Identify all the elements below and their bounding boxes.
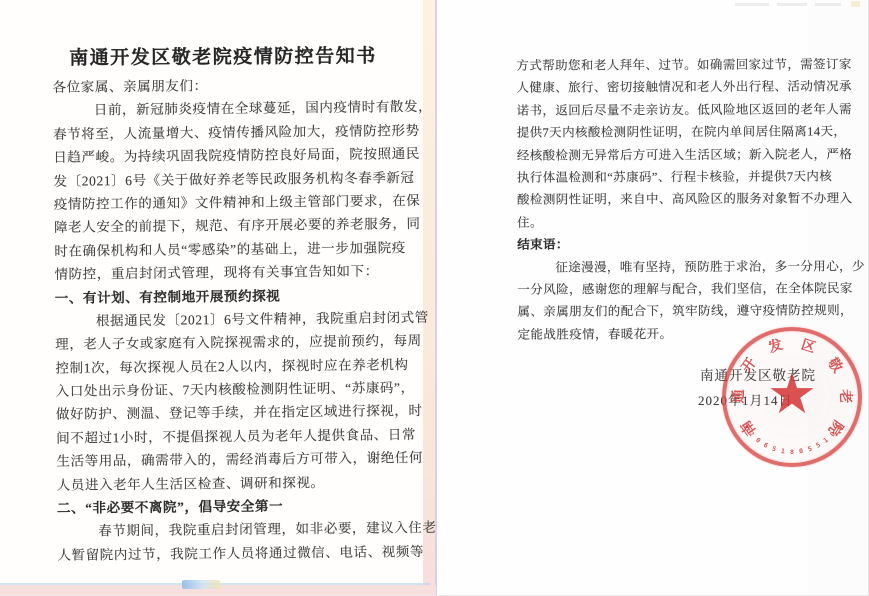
text-line: 障老人安全的前提下，规范、有序开展必要的养老服务，同 [54, 213, 400, 240]
text-line: 诺书，返回后尽量不走亲访友。低风险地区返回的老年人需 [517, 98, 857, 122]
text-line: 人健康、旅行、密切接触情况和老人外出行程、活动情况承 [516, 76, 856, 100]
text-line: 执行体温检测和“苏康码”、行程卡核验，并提供7天内核 [517, 165, 857, 189]
text-line: 征途漫漫，唯有坚持，预防胜于求治，多一分用心，少 [517, 255, 857, 279]
page-divider [423, 0, 435, 596]
text-line: 定能战胜疫情，春暖花开。 [518, 322, 858, 346]
text-line: 做好防护、测温、登记等手续，并在指定区域进行探视，时 [56, 400, 402, 427]
text-line: 人暂留院内过节，我院工作人员将通过微信、电话、视频等 [57, 540, 403, 567]
text-line: 结束语： [517, 232, 857, 256]
left-page-body: 各位家属、亲属朋友们：日前，新冠肺炎疫情在全球蔓延，国内疫情时有散发，春节将至，… [52, 72, 403, 567]
signature-org: 南通开发区敬老院 [700, 364, 860, 384]
text-line: 住。 [517, 210, 857, 234]
text-line: 情防控，重启封闭式管理，现将有关事宜告知如下： [54, 259, 400, 286]
text-line: 日前，新冠肺炎疫情在全球蔓延，国内疫情时有散发， [53, 96, 399, 123]
text-line: 提供7天内核酸检测阴性证明，在院内单间居住隔离14天， [517, 120, 857, 144]
text-line: 酸检测阴性证明，来自中、高风险区的服务对象暂不办理入 [517, 188, 857, 212]
scan-smudge [182, 580, 220, 589]
text-line: 理，老人子女或家庭有入院探视需求的，应提前预约，每周 [55, 329, 401, 356]
text-line: 日趋严峻。为持续巩固我院疫情防控良好局面，院按照通民 [53, 142, 399, 169]
text-line: 生活等用品，确需带入的，需经消毒后方可带入，谢绝任何 [56, 446, 402, 473]
document-title: 南通开发区敬老院疫情防控告知书 [8, 40, 438, 70]
text-line: 属、亲属朋友们的配合下，筑牢防线，遵守疫情防控规则， [517, 300, 857, 324]
text-line: 一分风险，感谢您的理解与配合，我们坚信，在全体院民家 [517, 277, 857, 301]
signature-date: 2020年1月14日 [698, 390, 858, 409]
text-line: 方式帮助您和老人拜年、过节。如确需回家过节，需签订家 [516, 53, 856, 77]
document-scan: 南通开发区敬老院疫情防控告知书 各位家属、亲属朋友们：日前，新冠肺炎疫情在全球蔓… [0, 0, 869, 596]
text-line: 经核酸检测无异常后方可进入生活区域；新入院老人，严格 [517, 143, 857, 167]
text-line: 春节期间，我院重启封闭管理，如非必要，建议入住老 [57, 517, 403, 544]
faded-watermark [735, 1, 865, 9]
right-page-body: 方式帮助您和老人拜年、过节。如确需回家过节，需签订家人健康、旅行、密切接触情况和… [516, 53, 857, 346]
